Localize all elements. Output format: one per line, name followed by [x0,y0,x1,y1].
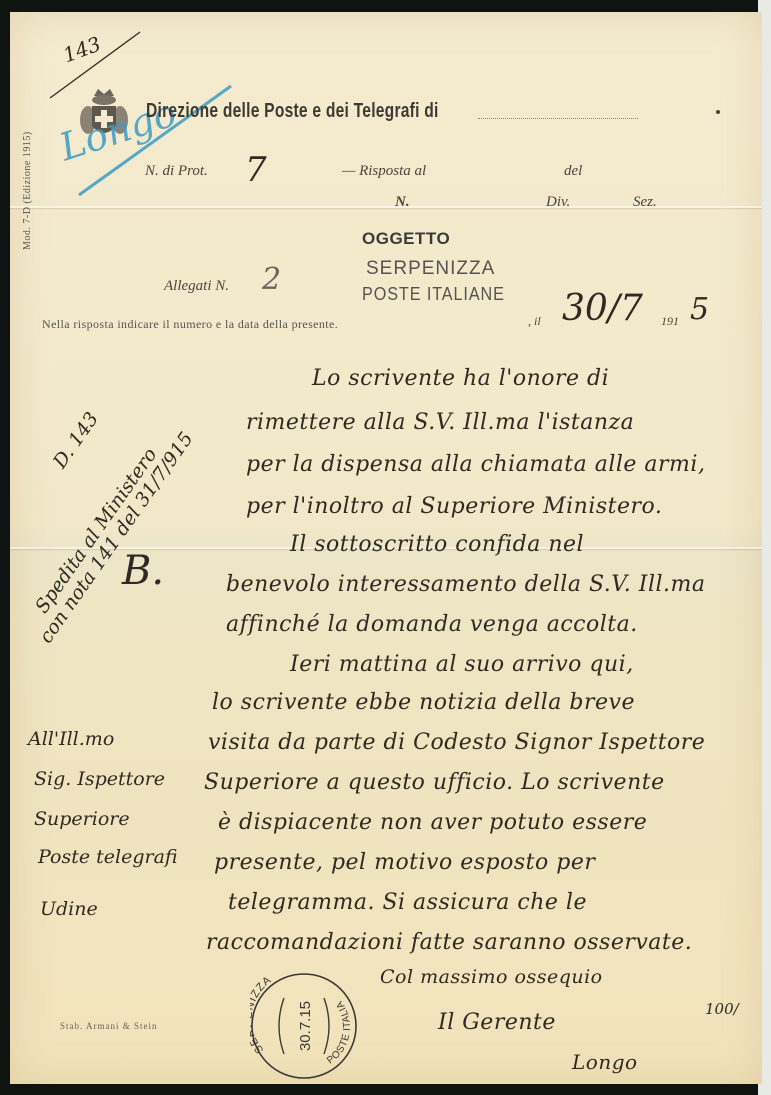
prot-value: 7 [245,150,267,190]
body-line: è dispiacente non aver potuto essere [218,810,647,835]
addressee-line: Sig. Ispettore [34,768,165,790]
oggetto-label: OGGETTO [362,229,450,249]
printer-credit: Stab. Armani & Stein [60,1021,158,1031]
addressee-line: Superiore [34,808,130,830]
year-prefix: 191 [661,314,679,329]
body-line: presente, pel motivo esposto per [214,850,595,875]
date-prefix: , il [528,314,541,329]
year-suffix: 5 [690,292,709,327]
body-line: rimettere alla S.V. Ill.ma l'istanza [246,410,634,435]
addressee-line: Poste telegrafi [38,846,178,868]
postmark-date: 30.7.15 [297,1001,314,1051]
header-title: Direzione delle Poste e dei Telegrafi di [146,100,439,123]
body-line: Superiore a questo ufficio. Lo scrivente [204,770,665,795]
signature-name: Longo [572,1050,638,1074]
body-line: Lo scrivente ha l'onore di [312,366,609,391]
body-line: Il sottoscritto confida nel [290,532,584,557]
initials: B. [122,548,164,594]
postmark-stamp: 30.7.15 SERPENIZZA POSTE ITALIANE [250,972,358,1080]
date-value: 30/7 [562,288,643,329]
body-line: per l'inoltro al Superiore Ministero. [246,494,662,519]
signature-title: Il Gerente [438,1010,556,1035]
prot-label: N. di Prot. [145,163,208,180]
page-note: 100/ [705,1000,739,1018]
closing-line: Col massimo ossequio [380,966,603,988]
body-line: Ieri mattina al suo arrivo qui, [290,652,634,677]
body-line: visita da parte di Codesto Signor Ispett… [208,730,705,755]
form-code: Mod. 7-D (Edizione 1915) [22,131,33,250]
office-stamp-line2: POSTE ITALIANE [362,284,505,305]
allegati-label: Allegati N. [164,278,229,295]
addressee-line: All'Ill.mo [28,728,114,750]
body-line: lo scrivente ebbe notizia della breve [212,690,635,715]
del-label: del [564,163,582,180]
body-line: raccomandazioni fatte saranno osservate. [206,930,692,955]
ink-dot [716,110,720,114]
addressee-line: Udine [40,898,98,920]
body-line: benevolo interessamento della S.V. Ill.m… [226,572,706,597]
body-line: per la dispensa alla chiamata alle armi, [246,452,705,477]
body-line: telegramma. Si assicura che le [228,890,587,915]
sez-label: Sez. [633,194,657,211]
div-label: Div. [546,194,570,211]
reply-instruction: Nella risposta indicare il numero e la d… [42,317,338,332]
risposta-label: — Risposta al [342,163,426,180]
office-stamp-line1: SERPENIZZA [366,258,495,280]
n-label: N. [395,194,410,211]
allegati-value: 2 [262,262,281,297]
body-line: affinché la domanda venga accolta. [226,612,638,637]
office-name-line [478,118,638,119]
blue-strike [75,80,235,200]
